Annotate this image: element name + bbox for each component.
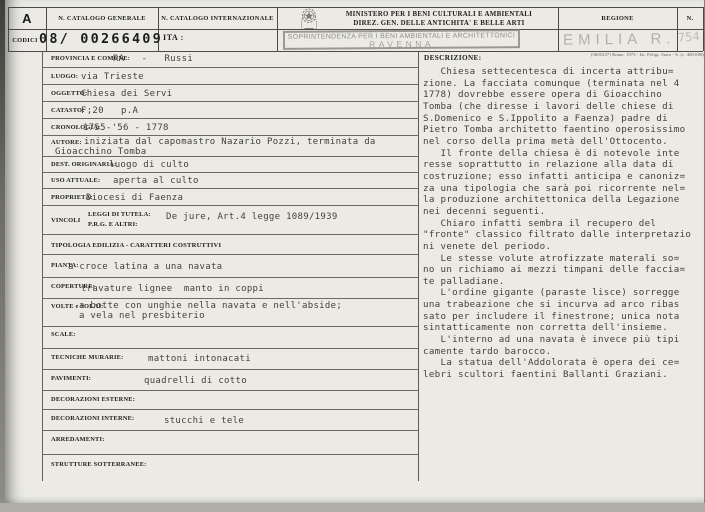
field-row-decorazioni-interne: DECORAZIONI INTERNE: stucchi e tele	[43, 410, 418, 431]
field-row-dest-originaria: DEST. ORIGINARIA: luogo di culto	[43, 157, 418, 173]
field-value: quadrelli di cotto	[144, 376, 247, 386]
field-row-proprieta: PROPRIETÀ: Diocesi di Faenza	[43, 189, 418, 206]
form-type-letter: A	[8, 7, 46, 29]
printer-note: (5605237) Roma, 1973 - Ist. Poligr. Stat…	[540, 52, 704, 57]
divider-line	[277, 7, 278, 51]
ita-label: ITA :	[163, 33, 184, 42]
field-label: STRUTTURE SOTTERRANEE:	[51, 461, 147, 468]
field-value: aperta al culto	[113, 176, 199, 186]
field-row-arredamenti: ARREDAMENTI:	[43, 431, 418, 455]
field-label: TECNICHE MURARIE:	[51, 354, 123, 361]
section-header-label: TIPOLOGIA EDILIZIA - CARATTERI COSTRUTTI…	[51, 242, 221, 249]
field-value: RA - Russi	[113, 54, 193, 64]
field-value-line2: Gioacchino Tomba	[55, 147, 147, 157]
field-value: Diocesi di Faenza	[86, 193, 183, 203]
codici-label: CODICI	[8, 29, 42, 51]
field-row-decorazioni-esterne: DECORAZIONI ESTERNE:	[43, 391, 418, 410]
header-n: N.	[677, 7, 703, 29]
field-label: CATASTO:	[51, 107, 85, 114]
italian-state-emblem-icon	[298, 5, 320, 32]
field-value: via Trieste	[81, 72, 144, 82]
field-value: 1755-'56 - 1778	[83, 123, 169, 133]
codici-value: 08/ 00266409	[39, 31, 163, 47]
header-regione: REGIONE	[558, 7, 677, 29]
field-row-cronologia: CRONOLOGIA: 1755-'56 - 1778	[43, 119, 418, 136]
field-row-catasto: CATASTO: F;20 p.A	[43, 102, 418, 119]
divider-line	[703, 7, 704, 51]
field-value: stucchi e tele	[164, 416, 244, 426]
field-value: iniziata dal capomastro Nazario Pozzi, t…	[84, 137, 376, 147]
header-catalogo-internazionale: N. CATALOGO INTERNAZIONALE	[158, 7, 277, 29]
soprintendenza-stamp: SOPRINTENDENZA PER I BENI AMBIENTALI E A…	[283, 29, 520, 50]
header-catalogo-generale: N. CATALOGO GENERALE	[46, 7, 158, 29]
field-row-volte-solai: VOLTE e SOLAI: a botte con unghie nella …	[43, 299, 418, 327]
description-text: Chiesa settecentesca di incerta attribu=…	[423, 66, 704, 381]
field-value: De jure, Art.4 legge 1089/1939	[166, 212, 338, 222]
field-value-line2: a vela nel presbiterio	[79, 311, 205, 321]
field-row-luogo: LUOGO: via Trieste	[43, 68, 418, 85]
field-row-pianta: PIANTA: a croce latina a una navata	[43, 255, 418, 278]
vincoli-sublabel-1: LEGGI DI TUTELA:	[88, 211, 151, 218]
ministry-title: MINISTERO PER I BENI CULTURALI E AMBIENT…	[330, 10, 548, 28]
field-label: PAVIMENTI:	[51, 375, 91, 382]
field-value: a botte con unghie nella navata e nell'a…	[79, 301, 342, 311]
field-row-uso-attuale: USO ATTUALE: aperta al culto	[43, 173, 418, 189]
field-value: travature lignee manto in coppi	[81, 284, 264, 294]
field-label: SCALE:	[51, 331, 76, 338]
field-label: DECORAZIONI INTERNE:	[51, 415, 134, 422]
ministry-line1: MINISTERO PER I BENI CULTURALI E AMBIENT…	[330, 10, 548, 19]
field-row-pavimenti: PAVIMENTI: quadrelli di cotto	[43, 370, 418, 391]
field-label: LUOGO:	[51, 73, 78, 80]
field-value: a croce latina a una navata	[68, 262, 222, 272]
fields-column: PROVINCIA E COMUNE: RA - Russi LUOGO: vi…	[42, 51, 419, 481]
field-row-strutture-sotterranee: STRUTTURE SOTTERRANEE:	[43, 455, 418, 478]
field-label: DEST. ORIGINARIA:	[51, 161, 116, 168]
field-label: AUTORE:	[51, 139, 82, 146]
field-row-provincia-comune: PROVINCIA E COMUNE: RA - Russi	[43, 51, 418, 68]
regione-stamp-value: EMILIA R.	[563, 30, 676, 49]
field-row-autore: AUTORE: iniziata dal capomastro Nazario …	[43, 136, 418, 157]
field-label: ARREDAMENTI:	[51, 436, 105, 443]
field-label: USO ATTUALE:	[51, 177, 100, 184]
field-row-vincoli: VINCOLI LEGGI DI TUTELA: P.R.G. E ALTRI:…	[43, 206, 418, 235]
field-label: VINCOLI	[51, 217, 80, 224]
field-label: DECORAZIONI ESTERNE:	[51, 396, 135, 403]
field-row-tecniche-murarie: TECNICHE MURARIE: mattoni intonacati	[43, 349, 418, 370]
scan-left-edge	[0, 0, 5, 503]
field-value: Chiesa dei Servi	[81, 89, 173, 99]
field-value: luogo di culto	[109, 160, 189, 170]
ministry-line2: DIREZ. GEN. DELLE ANTICHITA' E BELLE ART…	[330, 19, 548, 28]
field-row-coperture: COPERTURE: travature lignee manto in cop…	[43, 278, 418, 299]
section-header-tipologia: TIPOLOGIA EDILIZIA - CARATTERI COSTRUTTI…	[43, 235, 418, 255]
stamp-line2: RAVENNA	[285, 39, 518, 49]
field-row-oggetto: OGGETTO: Chiesa dei Servi	[43, 85, 418, 102]
field-value: mattoni intonacati	[148, 354, 251, 364]
field-value: F;20 p.A	[81, 106, 138, 116]
description-label: DESCRIZIONE:	[424, 54, 482, 62]
field-row-scale: SCALE:	[43, 327, 418, 349]
scan-bottom-edge	[0, 503, 705, 512]
scanned-catalog-card: { "document": { "colors": {"paper": "#eb…	[0, 0, 705, 512]
n-stamp-value: 754	[678, 29, 701, 44]
vincoli-sublabel-2: P.R.G. E ALTRI:	[88, 221, 138, 228]
